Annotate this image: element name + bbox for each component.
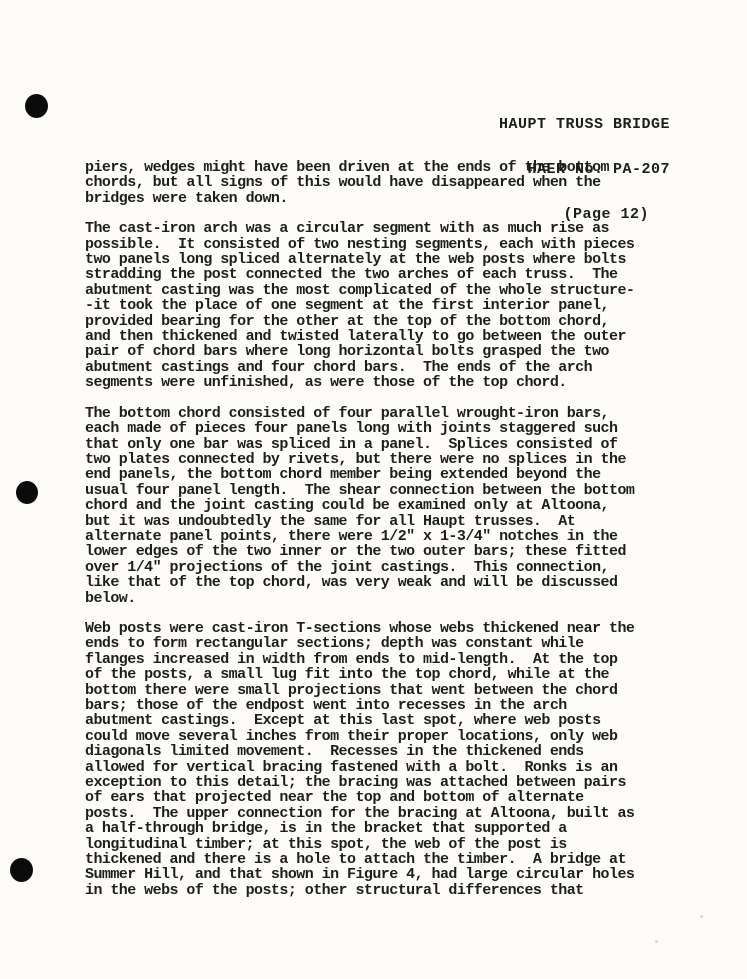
paragraph-web-posts: Web posts were cast-iron T-sections whos… [85, 621, 685, 898]
document-body: piers, wedges might have been driven at … [85, 160, 685, 913]
paragraph-cast-iron-arch: The cast-iron arch was a circular segmen… [85, 221, 685, 390]
paragraph-piers-wedges: piers, wedges might have been driven at … [85, 160, 685, 206]
document-page: HAUPT TRUSS BRIDGE HAER No. PA-207 (Page… [0, 0, 747, 979]
document-title: HAUPT TRUSS BRIDGE [499, 117, 670, 132]
hole-punch-middle [16, 481, 38, 504]
paragraph-bottom-chord: The bottom chord consisted of four paral… [85, 406, 685, 606]
hole-punch-bottom [10, 858, 33, 882]
hole-punch-top [25, 94, 48, 118]
scan-speck [655, 940, 658, 943]
scan-speck [700, 915, 703, 918]
